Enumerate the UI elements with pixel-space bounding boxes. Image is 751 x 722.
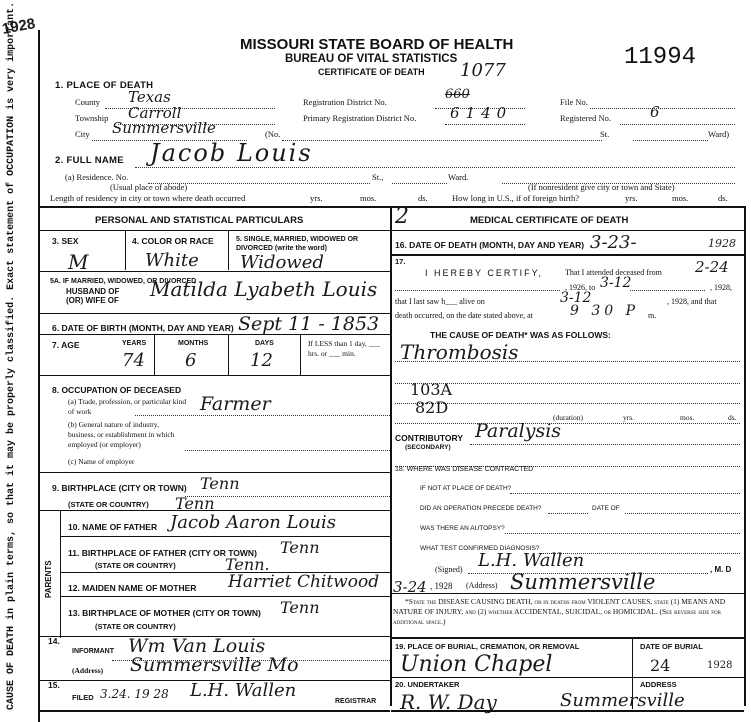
autopsy-line [505,525,740,534]
mother-birthplace-label: 13. BIRTHPLACE OF MOTHER (CITY OR TOWN) [68,608,261,618]
foreign-yrs-label: yrs. [625,193,638,203]
mother-birthplace-city: Tenn [280,598,320,617]
medical-section-title: MEDICAL CERTIFICATE OF DEATH [470,215,628,226]
handwritten-number: 1077 [460,60,506,81]
mother-state-label: (STATE OR COUNTRY) [95,622,176,631]
rule [60,536,390,537]
years-label: YEARS [122,340,146,347]
marital-label: 5. SINGLE, MARRIED, WIDOWED OR DIVORCED … [236,235,386,253]
rule [40,710,390,712]
county-label: County [75,97,100,107]
race-label: 4. COLOR OR RACE [132,236,214,246]
parents-divider [60,510,61,638]
rule [228,230,229,270]
rule [40,472,390,473]
marital-value: Widowed [240,252,324,273]
residence-label: (a) Residence. No. [65,172,128,182]
item-17-label: 17. [395,257,405,266]
left-border [38,30,40,722]
physician-signature: L.H. Wallen [478,550,584,571]
top-frame-rule [40,206,745,208]
length-ds-label: ds. [418,193,428,203]
residence-ward-line [392,173,447,184]
cause-of-death-value: Thrombosis [400,340,519,364]
attended-to-value: 3-12 [600,275,631,291]
rule [40,375,390,376]
burial-date-value: 24 [650,656,670,675]
to-year-label: , 1928, [710,283,732,292]
operation-line [548,505,588,514]
residence-sub-label: (Usual place of abode) [110,182,187,192]
filed-label: FILED [72,693,94,702]
contributory-label: CONTRIBUTORY [395,433,463,443]
length-residency-label: Length of residency in city or town wher… [50,193,245,203]
birthplace-city-value: Tenn [200,474,240,493]
undertaker-address-label: ADDRESS [640,680,677,689]
rule [391,254,744,256]
rule [391,637,744,639]
occupation-label: 8. OCCUPATION OF DECEASED [52,385,181,395]
city-label: City [75,129,90,139]
registered-no-label: Registered No. [560,113,611,123]
township-label: Township [75,113,108,123]
mother-label: 12. MAIDEN NAME OF MOTHER [68,583,196,593]
ward-line [633,130,708,141]
footnote: *State the DISEASE CAUSING DEATH, or in … [393,597,741,627]
secondary-label: (SECONDARY) [405,444,451,451]
board-title: MISSOURI STATE BOARD OF HEALTH [240,36,513,53]
burial-year-value: 1928 [707,660,732,671]
informant-number: 14. [48,636,60,646]
occurred-text: death occurred, on the date stated above… [395,311,533,320]
date-of-death-value: 3-23- [590,232,637,253]
primary-registration-label: Primary Registration District No. [303,113,416,123]
date-of-death-year: 1928 [708,237,736,250]
primary-registration-value: 6140 [450,104,512,122]
registrar-signature: L.H. Wallen [190,680,296,701]
birthplace-state-label: (STATE OR COUNTRY) [68,500,149,509]
no-label: (No. [265,129,280,139]
burial-place-label: 19. PLACE OF BURIAL, CREMATION, OR REMOV… [395,642,579,651]
duration-ds-label: ds. [728,413,737,422]
duration-yrs-label: yrs. [623,413,634,422]
right-frame [744,206,746,706]
occupation-b-label: (b) General nature of industry, business… [68,420,188,450]
nonresident-note: (If nonresident give city or town and St… [528,182,675,192]
from-line [395,282,560,291]
full-name-label: 2. FULL NAME [55,155,124,166]
registration-district-label: Registration District No. [303,97,387,107]
rule [391,230,744,231]
occupation-a-value: Farmer [200,393,271,415]
registration-district-value: 660 [445,87,470,102]
m-label: m. [648,311,656,320]
less-than-day-label: If LESS than 1 day, ___ hrs. or ___ min. [308,339,386,359]
street-line [282,130,602,141]
burial-date-label: DATE OF BURIAL [640,642,703,651]
bureau-subtitle: BUREAU OF VITAL STATISTICS [285,53,457,65]
dob-label: 6. DATE OF BIRTH (MONTH, DAY AND YEAR) [52,323,234,333]
foreign-birth-label: How long in U.S., if of foreign birth? [452,193,579,203]
cause-of-death-label: THE CAUSE OF DEATH* WAS AS FOLLOWS: [430,330,611,340]
certificate-label: CERTIFICATE OF DEATH [318,67,425,77]
rule [40,271,390,272]
age-label: 7. AGE [52,340,80,350]
length-yrs-label: yrs. [310,193,323,203]
rule [391,677,744,678]
days-label: DAYS [255,340,274,347]
vertical-margin-note: CAUSE OF DEATH in plain terms, so that i… [6,2,17,710]
rule [228,335,229,375]
medical-margin-number: 2 [395,204,409,229]
rule [60,596,390,597]
filed-date-value: 3.24. 19 28 [100,687,169,701]
date-of-death-label: 16. DATE OF DEATH (MONTH, DAY AND YEAR) [395,240,584,250]
time-of-death-value: 9 30 P [570,303,639,319]
residence-st-label: St., [372,172,383,182]
vertical-margin-note-container: CAUSE OF DEATH in plain terms, so that i… [2,60,26,710]
q18-label: 18. WHERE WAS DISEASE CONTRACTED [395,466,533,473]
rule [300,335,301,375]
spouse-label-3: (OR) WIFE OF [66,296,119,305]
race-value: White [145,250,199,271]
full-name-value: Jacob Louis [150,139,313,167]
length-mos-label: mos. [360,193,376,203]
residence-ward-label: Ward. [448,172,468,182]
days-value: 12 [250,350,273,371]
physician-address-label: (Address) [466,581,498,590]
center-divider [390,206,392,706]
months-label: MONTHS [178,340,208,347]
attended-from-value: 2-24 [695,258,729,276]
parents-label: PARENTS [44,560,53,598]
spouse-label-2: HUSBAND OF [66,287,119,296]
not-at-place-label: IF NOT AT PLACE OF DEATH? [420,485,511,492]
ward-label: Ward) [708,129,729,139]
rule [125,230,126,270]
undertaker-label: 20. UNDERTAKER [395,680,459,689]
rule [391,593,744,594]
months-value: 6 [185,350,196,371]
file-no-line [590,98,735,109]
operation-date-line [625,505,740,514]
occupation-c-label: (c) Name of employer [68,457,134,466]
registrar-label: REGISTRAR [335,698,376,705]
certify-label: I HEREBY CERTIFY, [425,268,543,278]
father-value: Jacob Aaron Louis [170,512,336,533]
mother-value: Harriet Chitwood [228,572,379,592]
rule [40,510,390,511]
registered-no-line [620,114,735,125]
autopsy-label: WAS THERE AN AUTOPSY? [420,525,505,532]
rule [154,335,155,375]
st-label: St. [600,129,609,139]
rule [40,334,390,335]
last-saw-text: that I last saw h___ alive on [395,297,485,306]
certificate-number: 11994 [624,44,696,71]
sex-label: 3. SEX [52,236,78,246]
informant-address-value: Summersville Mo [130,654,299,676]
years-value: 74 [122,350,145,371]
personal-section-title: PERSONAL AND STATISTICAL PARTICULARS [95,215,303,226]
burial-place-value: Union Chapel [400,652,552,677]
file-no-label: File No. [560,97,588,107]
last-saw-year-label: , 1928, and that [667,297,717,306]
foreign-mos-label: mos. [672,193,688,203]
md-label: , M. D [710,565,731,574]
signed-year-label: , 1928 [430,581,453,591]
occupation-b-line [185,440,390,451]
rule [40,230,390,231]
operation-label: DID AN OPERATION PRECEDE DEATH? [420,505,541,512]
date-of-label: DATE OF [592,505,620,512]
informant-label: INFORMANT [72,648,114,655]
foreign-ds-label: ds. [718,193,728,203]
to-line [630,282,705,291]
not-at-place-line [510,485,740,494]
informant-address-label: (Address) [72,666,103,675]
birthplace-label: 9. BIRTHPLACE (CITY OR TOWN) [52,483,187,493]
physician-address-value: Summersville [510,570,655,594]
duration-mos-label: mos. [680,413,694,422]
rule [391,710,744,712]
spouse-value: Matilda Lyabeth Louis [150,277,377,301]
signed-label: (Signed) [435,565,463,574]
father-birthplace-city: Tenn [280,538,320,557]
father-label: 10. NAME OF FATHER [68,522,157,532]
registered-no-value: 6 [650,103,660,121]
city-value: Summersville [112,119,216,137]
dob-value: Sept 11 - 1853 [238,313,379,335]
undertaker-address-value: Summersville [560,690,685,711]
contributory-value: Paralysis [475,420,561,442]
father-state-label: (STATE OR COUNTRY) [95,561,176,570]
filed-number: 15. [48,680,60,690]
